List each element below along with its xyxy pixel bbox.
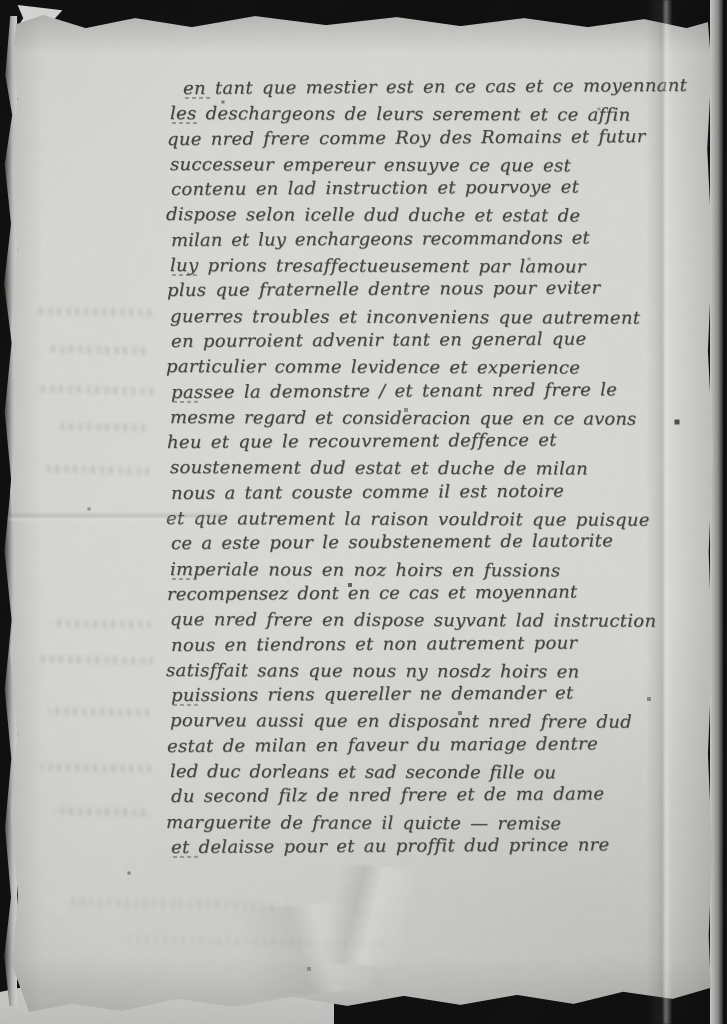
manuscript-line: recompensez dont en ce cas et moyennant bbox=[167, 579, 676, 607]
manuscript-line: passee la demonstre / et tenant nred fre… bbox=[171, 376, 676, 404]
manuscript-line: ce a este pour le soubstenement de lauto… bbox=[171, 528, 676, 556]
bleed-through-text bbox=[42, 465, 154, 475]
bleed-through-text bbox=[38, 307, 156, 317]
bleed-through-text bbox=[50, 345, 150, 355]
bleed-through-text bbox=[38, 655, 158, 666]
adjacent-leaf-edge-right bbox=[710, 0, 723, 1024]
manuscript-line: milan et luy enchargeons recommandons et bbox=[171, 225, 676, 253]
manuscript-line: puissions riens quereller ne demander et bbox=[171, 680, 676, 708]
manuscript-line: heu et que le recouvrement deffence et bbox=[167, 427, 676, 455]
manuscript-line: et delaisse pour et au proffit dud princ… bbox=[171, 832, 676, 860]
manuscript-line: du second filz de nred frere et de ma da… bbox=[171, 781, 676, 809]
manuscript-line: nous en tiendrons et non autrement pour bbox=[171, 629, 676, 657]
ink-specks bbox=[8, 8, 10, 10]
bleed-through-text bbox=[128, 935, 388, 948]
manuscript-line: plus que fraternelle dentre nous pour ev… bbox=[167, 275, 676, 303]
bleed-through-text bbox=[54, 807, 150, 817]
manuscript-line: estat de milan en faveur du mariage dent… bbox=[167, 731, 676, 759]
manuscript-text-block: en tant que mestier est en ce cas et ce … bbox=[170, 76, 675, 860]
manuscript-line: nous a tant couste comme il est notoire bbox=[171, 478, 676, 506]
bleed-through-text bbox=[36, 385, 158, 396]
bleed-through-text bbox=[40, 763, 156, 773]
bleed-through-text bbox=[52, 619, 156, 629]
manuscript-line: en tant que mestier est en ce cas et ce … bbox=[183, 73, 676, 101]
bleed-through-text bbox=[68, 898, 278, 910]
manuscript-line: que nred frere comme Roy des Romains et … bbox=[167, 123, 676, 151]
manuscript-line: contenu en lad instruction et pourvoye e… bbox=[171, 174, 676, 202]
manuscript-line: en pourroient advenir tant en general qu… bbox=[171, 326, 676, 354]
bleed-through-text bbox=[48, 707, 154, 717]
bleed-through-text bbox=[58, 422, 150, 432]
